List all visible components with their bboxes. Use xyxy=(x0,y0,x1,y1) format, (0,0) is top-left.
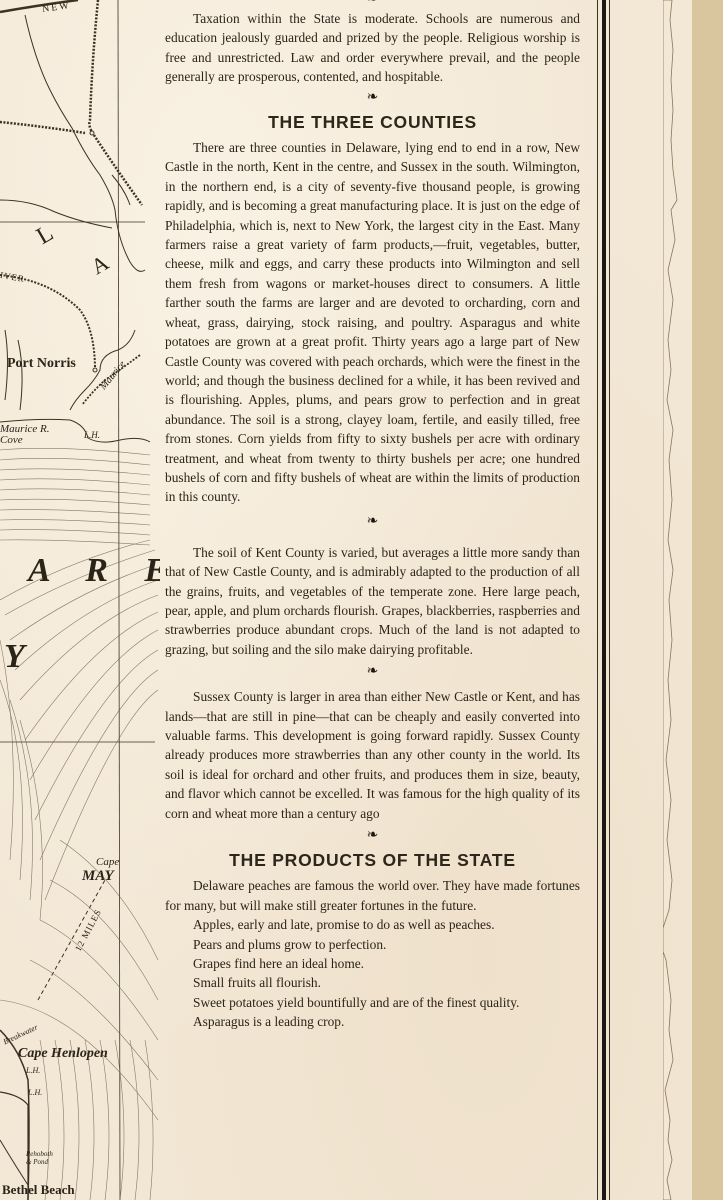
article-column: ❧ Taxation within the State is moderate.… xyxy=(165,0,580,1032)
fleuron-ornament: ❧ xyxy=(165,825,580,847)
heading-three-counties: THE THREE COUNTIES xyxy=(165,113,580,132)
torn-paper-edge xyxy=(663,0,723,1200)
border-rule-thick xyxy=(602,0,606,1200)
kent-paragraph: The soil of Kent County is varied, but a… xyxy=(165,543,580,659)
product-line: Small fruits all flourish. xyxy=(165,973,580,992)
map-label-delaware-fragment: A R E xyxy=(28,552,160,590)
map-label-lighthouse: L.H. xyxy=(84,430,100,440)
map-label-beach: Bethel Beach xyxy=(2,1182,75,1198)
map-label-maurice-cove: Maurice R. Cove xyxy=(0,424,49,446)
product-line: Grapes find here an ideal home. xyxy=(165,954,580,973)
sussex-paragraph: Sussex County is larger in area than eit… xyxy=(165,687,580,823)
product-line: Apples, early and late, promise to do as… xyxy=(165,915,580,934)
map-label-may: MAY xyxy=(82,868,114,885)
map-label-cape-henlopen: Cape Henlopen xyxy=(18,1046,108,1062)
map-label-port-norris: Port Norris xyxy=(7,356,76,372)
fleuron-ornament: ❧ xyxy=(165,87,580,109)
new-castle-paragraph: There are three counties in Delaware, ly… xyxy=(165,138,580,507)
page-border-rules xyxy=(597,0,615,1200)
map-label-lighthouse: L.H. xyxy=(28,1088,42,1097)
map-label-bay-fragment: Y xyxy=(4,638,25,676)
product-line: Pears and plums grow to perfection. xyxy=(165,935,580,954)
map-label-cape: Cape xyxy=(96,856,119,868)
product-line: Sweet potatoes yield bountifully and are… xyxy=(165,993,580,1012)
peaches-paragraph: Delaware peaches are famous the world ov… xyxy=(165,876,580,915)
heading-products: THE PRODUCTS OF THE STATE xyxy=(165,851,580,870)
map-linework xyxy=(0,0,160,1200)
product-line-cut-off: Asparagus is a leading crop. xyxy=(165,1012,580,1031)
intro-paragraph: Taxation within the State is moderate. S… xyxy=(165,9,580,87)
border-rule-thin xyxy=(597,0,598,1200)
fleuron-ornament: ❧ xyxy=(165,0,580,9)
fleuron-ornament: ❧ xyxy=(165,511,580,533)
document-page: NEW L A IVER Port Norris Maurice Maurice… xyxy=(0,0,692,1200)
map-label-lighthouse: L.H. xyxy=(26,1066,40,1075)
map-label-pond: Rehoboth & Pond xyxy=(26,1150,53,1166)
border-rule-thin xyxy=(609,0,610,1200)
fleuron-ornament: ❧ xyxy=(165,661,580,683)
map-fragment: NEW L A IVER Port Norris Maurice Maurice… xyxy=(0,0,160,1200)
